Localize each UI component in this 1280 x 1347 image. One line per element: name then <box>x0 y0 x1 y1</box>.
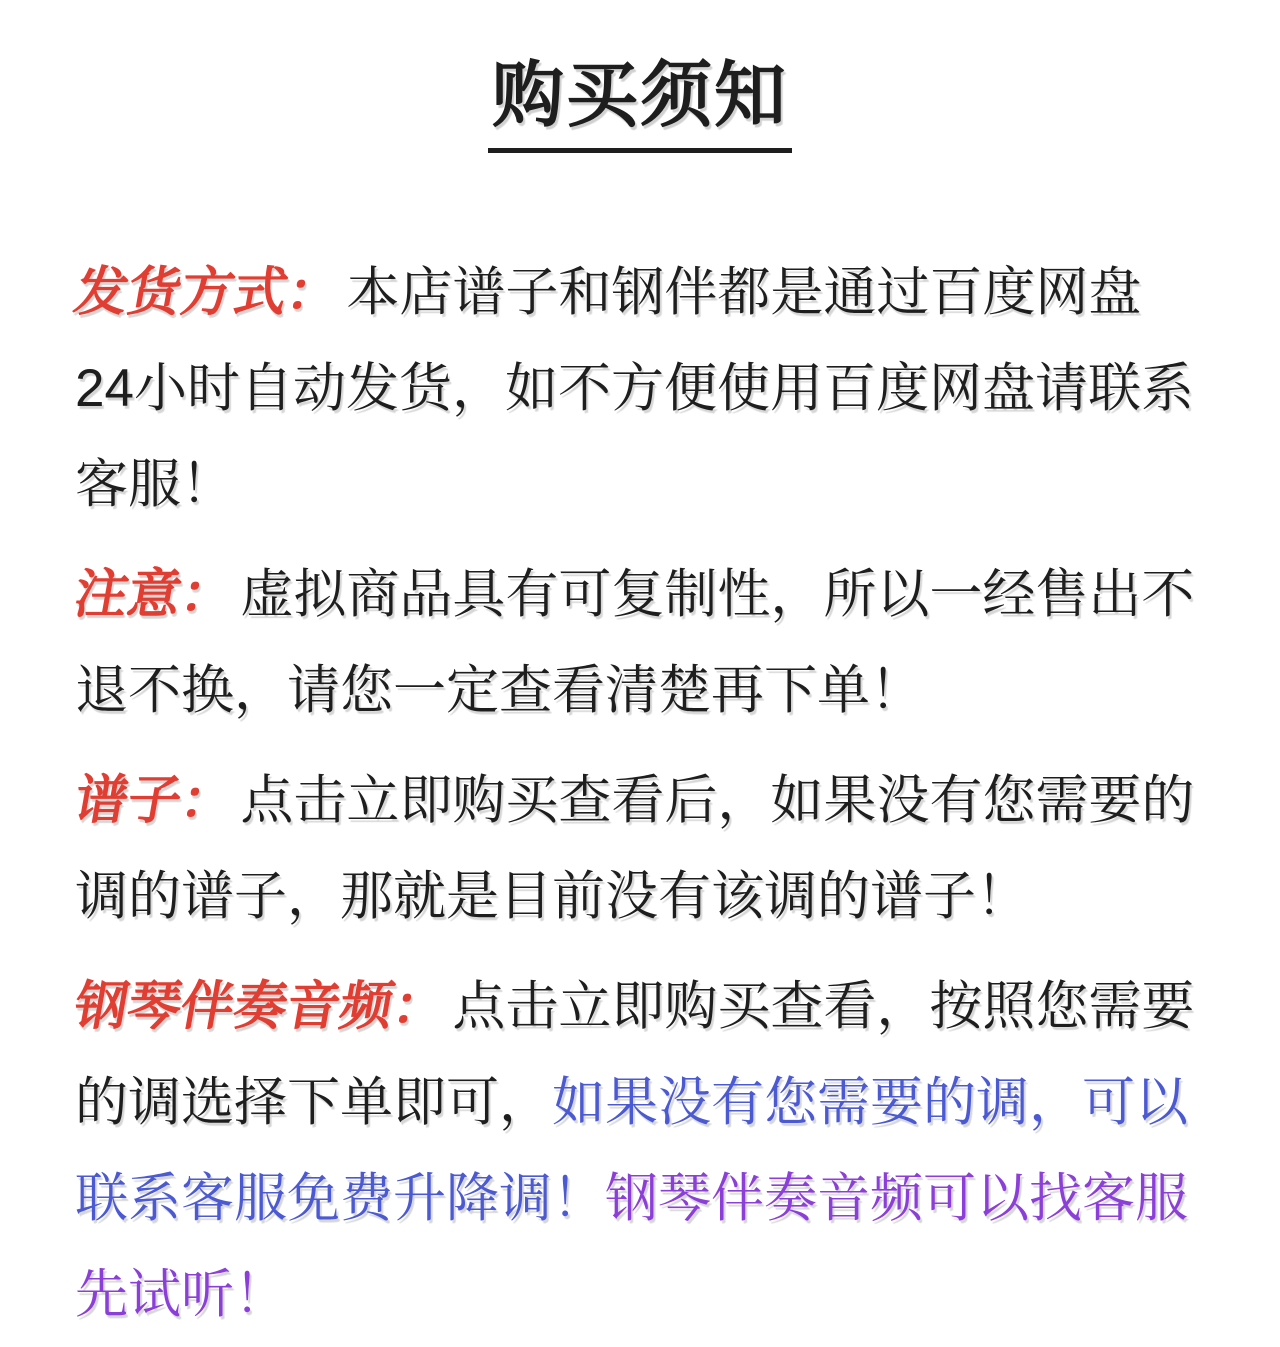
text-line: 联系客服免费升降调！钢琴伴奏音频可以找客服 <box>75 1151 1205 1247</box>
paragraph-notice: 注意：虚拟商品具有可复制性，所以一经售出不退不换，请您一定查看清楚再下单！ <box>75 547 1205 739</box>
text-line: 退不换，请您一定查看清楚再下单！ <box>75 643 1205 739</box>
text-line: 谱子：点击立即购买查看后，如果没有您需要的 <box>75 753 1205 849</box>
text-run-purple: 先试听！ <box>75 1265 287 1324</box>
text-run-blue: 如果没有您需要的调，可以 <box>552 1073 1188 1132</box>
text-line: 调的谱子，那就是目前没有该调的谱子！ <box>75 849 1205 945</box>
title-row: 购买须知 <box>75 55 1205 153</box>
text-line: 客服！ <box>75 437 1205 533</box>
text-run-purple: 钢琴伴奏音频可以找客服 <box>605 1169 1188 1228</box>
page-title: 购买须知 <box>488 55 792 153</box>
text-line: 发货方式：本店谱子和钢伴都是通过百度网盘 <box>75 245 1205 341</box>
text-run-body: 退不换，请您一定查看清楚再下单！ <box>75 661 923 720</box>
text-run-body: 点击立即购买查看后，如果没有您需要的 <box>240 771 1194 830</box>
text-line: 注意：虚拟商品具有可复制性，所以一经售出不 <box>75 547 1205 643</box>
paragraph-shipping-method: 发货方式：本店谱子和钢伴都是通过百度网盘24小时自动发货，如不方便使用百度网盘请… <box>75 245 1205 533</box>
text-run-body: 本店谱子和钢伴都是通过百度网盘 <box>346 263 1141 322</box>
paragraph-piano-accompaniment-audio: 钢琴伴奏音频：点击立即购买查看，按照您需要的调选择下单即可，如果没有您需要的调，… <box>75 959 1205 1343</box>
purchase-notice-page: 购买须知 发货方式：本店谱子和钢伴都是通过百度网盘24小时自动发货，如不方便使用… <box>0 0 1280 1347</box>
text-run-body: 虚拟商品具有可复制性，所以一经售出不 <box>240 565 1194 624</box>
section-label: 发货方式： <box>67 245 349 341</box>
text-run-blue: 联系客服免费升降调！ <box>75 1169 605 1228</box>
section-label: 注意： <box>67 547 243 643</box>
section-label: 钢琴伴奏音频： <box>67 959 455 1055</box>
text-line: 的调选择下单即可，如果没有您需要的调，可以 <box>75 1055 1205 1151</box>
text-line: 先试听！ <box>75 1247 1205 1343</box>
text-run-body: 调的谱子，那就是目前没有该调的谱子！ <box>75 867 1029 926</box>
text-line: 钢琴伴奏音频：点击立即购买查看，按照您需要 <box>75 959 1205 1055</box>
notice-body: 发货方式：本店谱子和钢伴都是通过百度网盘24小时自动发货，如不方便使用百度网盘请… <box>75 245 1205 1343</box>
text-run-body: 客服！ <box>75 455 234 514</box>
text-line: 24小时自动发货，如不方便使用百度网盘请联系 <box>75 341 1205 437</box>
text-run-body: 点击立即购买查看，按照您需要 <box>452 977 1194 1036</box>
paragraph-sheet-music: 谱子：点击立即购买查看后，如果没有您需要的调的谱子，那就是目前没有该调的谱子！ <box>75 753 1205 945</box>
text-run-body: 的调选择下单即可， <box>75 1073 552 1132</box>
text-run-body: 24小时自动发货，如不方便使用百度网盘请联系 <box>75 359 1194 418</box>
section-label: 谱子： <box>67 753 243 849</box>
